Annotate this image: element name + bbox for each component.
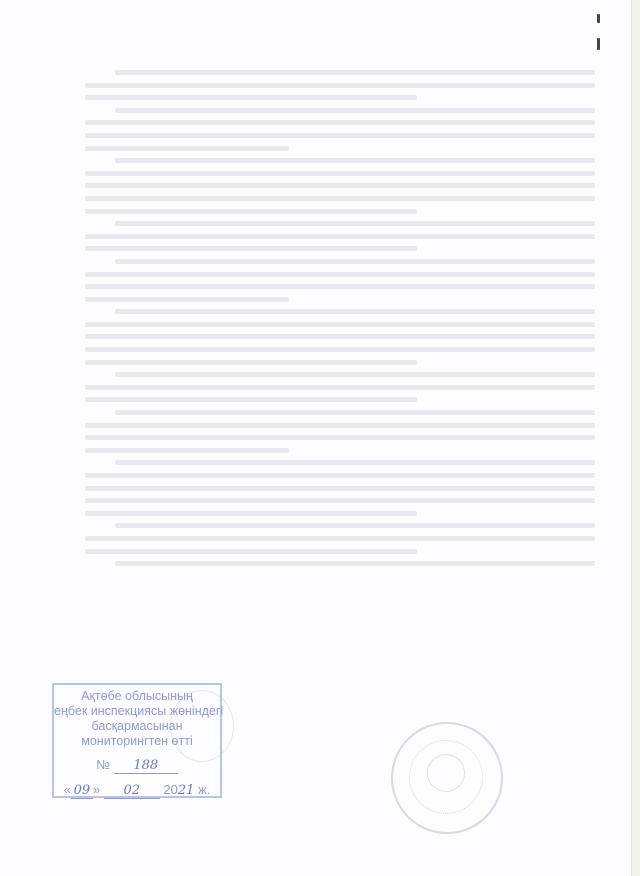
text-line: [85, 83, 595, 88]
text-line: [115, 70, 595, 75]
text-line: [115, 259, 595, 264]
quote-close: »: [93, 782, 100, 797]
date-year-prefix: 20: [163, 782, 177, 797]
text-line: [115, 221, 595, 226]
text-line: [115, 158, 595, 163]
illegible-body-text: [85, 70, 595, 574]
text-line: [115, 309, 595, 314]
date-month: 02: [104, 783, 160, 799]
text-line: [85, 423, 595, 428]
text-line: [85, 234, 595, 239]
text-line: [85, 322, 595, 327]
text-line: [115, 410, 595, 415]
text-line: [85, 183, 595, 188]
text-line: [85, 347, 595, 352]
text-line: [85, 297, 289, 302]
text-line: [85, 196, 595, 201]
scan-mark: [597, 38, 600, 50]
text-line: [85, 95, 417, 100]
text-line: [85, 171, 595, 176]
text-line: [85, 511, 417, 516]
text-line: [85, 486, 595, 491]
text-line: [85, 120, 595, 125]
text-line: [115, 108, 595, 113]
text-line: [85, 448, 289, 453]
quote-open: «: [64, 782, 71, 797]
text-line: [115, 523, 595, 528]
text-line: [85, 536, 595, 541]
text-line: [85, 385, 595, 390]
text-line: [85, 146, 289, 151]
stamp-line: еңбек инспекциясы жөніндегі: [54, 704, 220, 719]
stamp-line: басқармасынан: [54, 719, 220, 734]
text-line: [115, 372, 595, 377]
text-line: [85, 133, 595, 138]
scan-mark: [597, 14, 600, 23]
text-line: [85, 209, 417, 214]
text-line: [85, 272, 595, 277]
registration-number: № 188: [54, 757, 220, 774]
text-line: [85, 473, 595, 478]
round-official-seal: [391, 722, 503, 834]
date-year-suffix: 21: [178, 783, 195, 798]
text-line: [85, 435, 595, 440]
text-line: [85, 246, 417, 251]
text-line: [85, 334, 595, 339]
text-line: [85, 549, 417, 554]
text-line: [85, 284, 595, 289]
text-line: [115, 561, 595, 566]
number-value: 188: [114, 758, 178, 774]
registration-date: «09» 02 2021 ж.: [54, 782, 220, 799]
date-suffix: ж.: [198, 782, 210, 797]
text-line: [85, 498, 595, 503]
text-line: [115, 460, 595, 465]
registration-stamp: Ақтөбе облысының еңбек инспекциясы жөнін…: [52, 683, 222, 798]
text-line: [85, 360, 417, 365]
stamp-line: Ақтөбе облысының: [54, 689, 220, 704]
number-label: №: [96, 757, 110, 772]
text-line: [85, 397, 417, 402]
stamp-line: мониторингтен өтті: [54, 734, 220, 749]
date-day: 09: [71, 783, 93, 799]
emblem-icon: [427, 754, 465, 792]
page-edge: [631, 0, 640, 876]
